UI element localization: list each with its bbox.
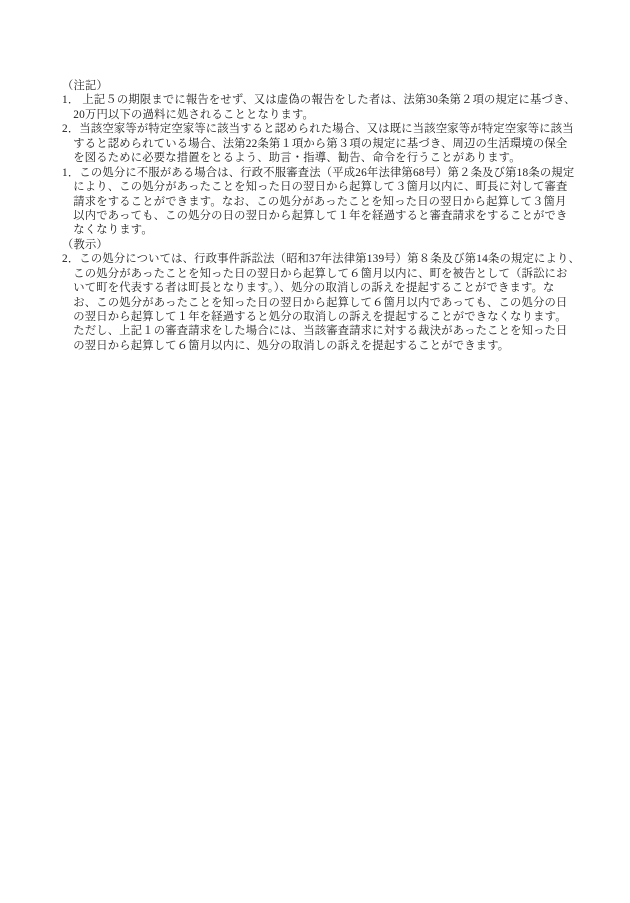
- item-continuation-line: 請求をすることができます。なお、この処分があったことを知った日の翌日から起算して…: [62, 195, 592, 209]
- numbered-item: 2．当該空家等が特定空家等に該当すると認められた場合、又は既に当該空家等が特定空…: [62, 122, 592, 165]
- item-first-line: 1． 上記５の期限までに報告をせず、又は虚偽の報告をした者は、法第30条第２項の…: [62, 93, 592, 107]
- numbered-item: 1． 上記５の期限までに報告をせず、又は虚偽の報告をした者は、法第30条第２項の…: [62, 93, 592, 122]
- item-continuation-line: 20万円以下の過料に処されることとなります。: [62, 108, 592, 122]
- numbered-item: 1．この処分に不服がある場合は、行政不服審査法（平成26年法律第68号）第２条及…: [62, 166, 592, 238]
- item-continuation-line: ただし、上記１の審査請求をした場合には、当該審査請求に対する裁決があったことを知…: [62, 324, 592, 338]
- item-continuation-line: いて町を代表する者は町長となります。）、処分の取消しの訴えを提起することができま…: [62, 281, 592, 295]
- document-page: （注記）1． 上記５の期限までに報告をせず、又は虚偽の報告をした者は、法第30条…: [0, 0, 630, 903]
- numbered-item: 2．この処分については、行政事件訴訟法（昭和37年法律第139号）第８条及び第1…: [62, 252, 592, 353]
- item-first-line: 1．この処分に不服がある場合は、行政不服審査法（平成26年法律第68号）第２条及…: [62, 166, 592, 180]
- section-heading: （教示）: [62, 238, 592, 252]
- item-continuation-line: により、この処分があったことを知った日の翌日から起算して３箇月以内に、町長に対し…: [62, 180, 592, 194]
- item-continuation-line: を図るために必要な措置をとるよう、助言・指導、勧告、命令を行うことがあります。: [62, 151, 592, 165]
- item-first-line: 2．当該空家等が特定空家等に該当すると認められた場合、又は既に当該空家等が特定空…: [62, 122, 592, 136]
- document-body: （注記）1． 上記５の期限までに報告をせず、又は虚偽の報告をした者は、法第30条…: [62, 79, 592, 353]
- section-heading: （注記）: [62, 79, 592, 93]
- item-continuation-line: すると認められている場合、法第22条第１項から第３項の規定に基づき、周辺の生活環…: [62, 137, 592, 151]
- item-first-line: 2．この処分については、行政事件訴訟法（昭和37年法律第139号）第８条及び第1…: [62, 252, 592, 266]
- item-continuation-line: 以内であっても、この処分の日の翌日から起算して１年を経過すると審査請求をすること…: [62, 209, 592, 223]
- item-continuation-line: お、この処分があったことを知った日の翌日から起算して６箇月以内であっても、この処…: [62, 296, 592, 310]
- item-continuation-line: の翌日から起算して６箇月以内に、処分の取消しの訴えを提起することができます。: [62, 339, 592, 353]
- item-continuation-line: この処分があったことを知った日の翌日から起算して６箇月以内に、町を被告として（訴…: [62, 267, 592, 281]
- item-continuation-line: なくなります。: [62, 223, 592, 237]
- item-continuation-line: の翌日から起算して１年を経過すると処分の取消しの訴えを提起することができなくなり…: [62, 310, 592, 324]
